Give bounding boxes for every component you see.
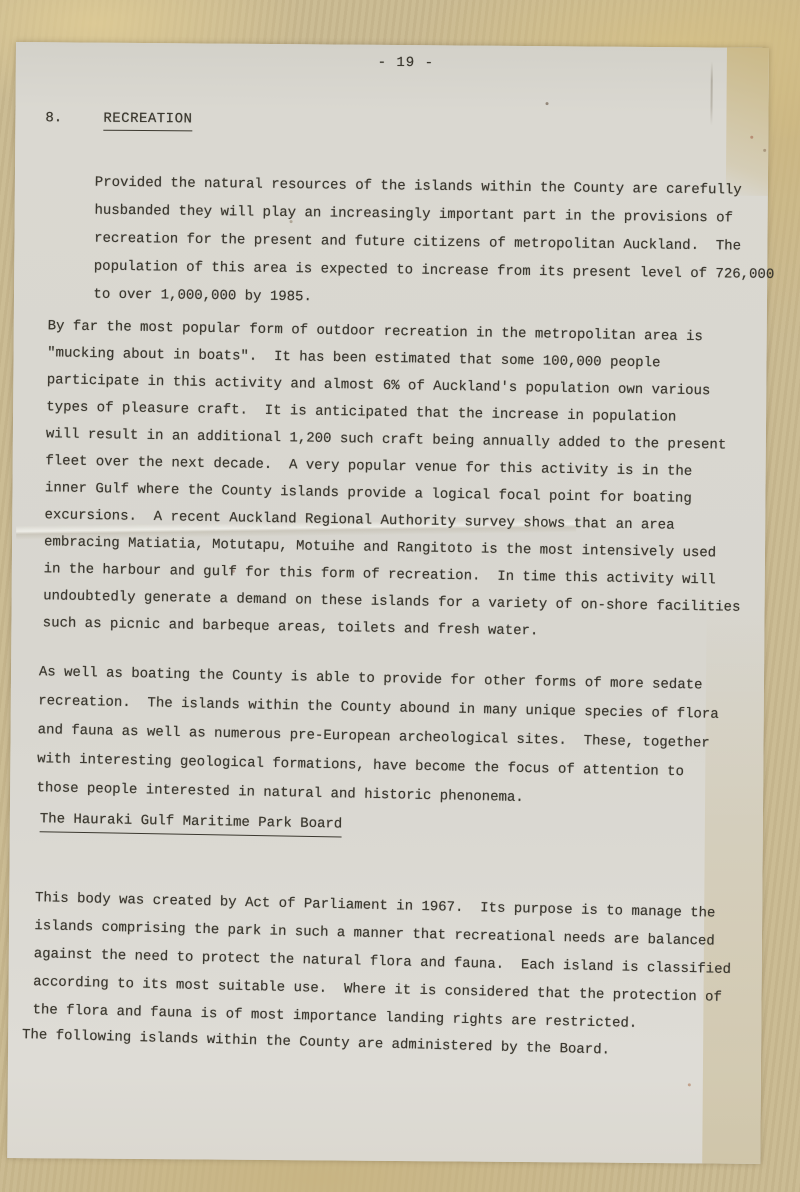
paragraph-park-board-purpose: This body was created by Act of Parliame… [32, 884, 800, 1041]
paragraph-boating-recreation: By far the most popular form of outdoor … [42, 313, 800, 650]
paper-sheet: - 19 - 8. RECREATION Provided the natura… [7, 42, 769, 1164]
section-title: RECREATION [103, 111, 192, 132]
paper-specks [546, 102, 549, 105]
subheading-hauraki-gulf-maritime-park-board: The Hauraki Gulf Maritime Park Board [40, 811, 343, 837]
paragraph-sedate-recreation: As well as boating the County is able to… [36, 658, 797, 818]
scanned-document-page: { "document": { "page_number": "- 19 -",… [0, 0, 800, 1192]
paragraph-population-growth: Provided the natural resources of the is… [93, 169, 795, 318]
section-number: 8. [45, 110, 62, 126]
page-number: - 19 - [16, 52, 796, 74]
